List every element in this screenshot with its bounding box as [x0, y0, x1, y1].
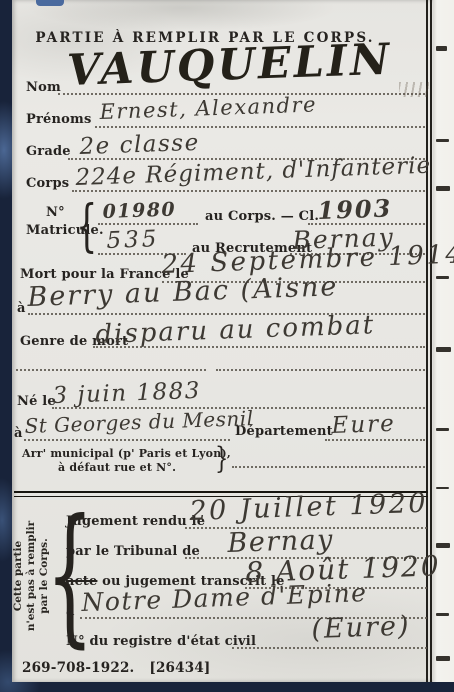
matricule-brace: { [76, 197, 97, 257]
dotted-line [98, 223, 198, 225]
matricule-recr-value: 535 [106, 226, 160, 254]
page-edge-line [436, 487, 449, 489]
page-edge-line [436, 543, 450, 548]
page-edge-line [436, 139, 449, 142]
grade-value: 2e classe [79, 130, 200, 160]
print-code: 269-708-1922. [26434] [22, 660, 211, 676]
military-death-record-page: PARTIE À REMPLIR PAR LE CORPS. Nom VAUQU… [0, 0, 454, 692]
matricule-corps-value: 01980 [102, 198, 176, 223]
arr-municipal-brace: } [215, 443, 228, 475]
departement-label: Département [235, 424, 333, 439]
page-edge-line [436, 428, 449, 431]
page-edge-line [436, 46, 447, 51]
transcrit-lieu-label: à [66, 604, 75, 619]
dotted-line [216, 369, 425, 371]
matricule-classe-value: 1903 [317, 193, 393, 225]
nom-label: Nom [26, 80, 61, 95]
arr-municipal-label-1: Arr' municipal (p' Paris et Lyon), [22, 447, 231, 460]
tribunal-label: par le Tribunal de [66, 544, 200, 559]
dotted-line [232, 647, 427, 649]
matricule-corps-label: au Corps. — Cl. [205, 209, 319, 224]
blue-tab [36, 0, 64, 6]
print-code-number: 269-708-1922. [22, 660, 134, 676]
ne-le-value: 3 juin 1883 [52, 378, 201, 409]
dotted-line [16, 369, 206, 371]
dotted-line [95, 126, 425, 128]
prenoms-label: Prénoms [26, 112, 92, 127]
margin-note-line2: n'est pas à remplir [25, 501, 38, 651]
dotted-line [325, 439, 425, 441]
page-edge-line [436, 276, 449, 279]
margin-note-line1: Cette partie [12, 501, 25, 651]
page-edge-line [436, 347, 451, 352]
dotted-line [232, 466, 425, 468]
ne-lieu-label: à [14, 426, 23, 441]
ne-le-label: Né le [17, 394, 56, 409]
page-edge-line [436, 186, 450, 191]
arr-municipal-label-2: à défaut rue et N°. [58, 461, 176, 474]
dotted-line [24, 439, 230, 441]
mort-lieu-label: à [17, 301, 26, 316]
grade-label: Grade [26, 144, 71, 159]
page-edge-line [436, 656, 450, 661]
departement-value: Eure [331, 411, 396, 439]
dotted-line [72, 190, 425, 192]
ink-smudge [399, 82, 429, 97]
registre-value: (Eure) [311, 611, 411, 645]
page-edge-line [436, 613, 449, 616]
print-code-ref: [26434] [149, 660, 210, 676]
matricule-no-label: N° [46, 205, 65, 220]
registre-label: N° du registre d'état civil [66, 634, 256, 649]
corps-label: Corps [26, 176, 69, 191]
